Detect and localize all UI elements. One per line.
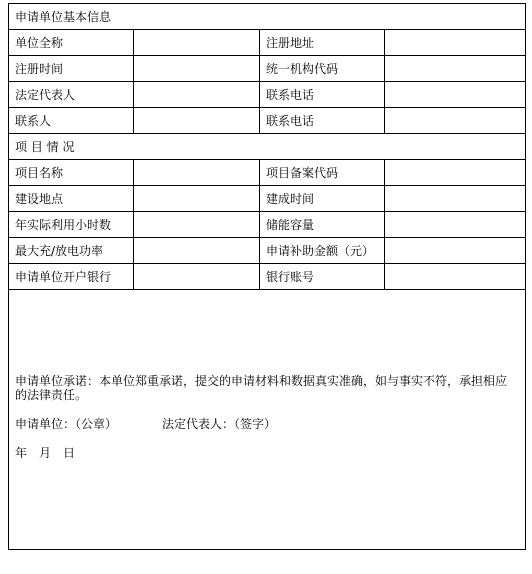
field-label: 法定代表人 [9,82,134,108]
field-label: 项目名称 [9,160,134,186]
section2-header-row: 项 目 情 况 [9,134,526,160]
field-value-cell[interactable] [385,108,526,134]
field-label: 申请补助金额（元） [260,238,385,264]
application-form-table: 申请单位基本信息 单位全称 注册地址 注册时间 统一机构代码 法定代表人 联系电… [8,3,526,550]
field-value-cell[interactable] [134,56,260,82]
field-value-cell[interactable] [385,212,526,238]
signature-line: 申请单位：（公章）法定代表人：（签字） [15,415,517,432]
table-row: 最大充/放电功率 申请补助金额（元） [9,238,526,264]
field-value-cell[interactable] [134,212,260,238]
field-value-cell[interactable] [385,238,526,264]
section2-header: 项 目 情 况 [9,134,526,160]
section1-header: 申请单位基本信息 [9,4,526,30]
field-label: 单位全称 [9,30,134,56]
field-value-cell[interactable] [134,160,260,186]
field-label: 年实际利用小时数 [9,212,134,238]
field-value-cell[interactable] [134,108,260,134]
field-label: 银行账号 [260,264,385,290]
field-value-cell[interactable] [385,160,526,186]
field-label: 建设地点 [9,186,134,212]
field-label: 建成时间 [260,186,385,212]
field-label: 注册时间 [9,56,134,82]
field-value-cell[interactable] [134,186,260,212]
commitment-row: 申请单位承诺：本单位郑重承诺，提交的申请材料和数据真实准确，如与事实不符，承担相… [9,290,526,550]
table-row: 单位全称 注册地址 [9,30,526,56]
commitment-cell: 申请单位承诺：本单位郑重承诺，提交的申请材料和数据真实准确，如与事实不符，承担相… [9,290,526,550]
table-row: 建设地点 建成时间 [9,186,526,212]
field-label: 联系电话 [260,82,385,108]
commitment-paragraph: 申请单位承诺：本单位郑重承诺，提交的申请材料和数据真实准确，如与事实不符，承担相… [15,374,517,402]
field-value-cell[interactable] [385,56,526,82]
table-row: 联系人 联系电话 [9,108,526,134]
table-row: 法定代表人 联系电话 [9,82,526,108]
table-row: 项目名称 项目备案代码 [9,160,526,186]
field-value-cell[interactable] [134,82,260,108]
field-label: 联系人 [9,108,134,134]
field-label: 最大充/放电功率 [9,238,134,264]
section1-header-row: 申请单位基本信息 [9,4,526,30]
field-label: 申请单位开户银行 [9,264,134,290]
field-label: 项目备案代码 [260,160,385,186]
field-value-cell[interactable] [385,186,526,212]
field-value-cell[interactable] [134,238,260,264]
field-value-cell[interactable] [385,82,526,108]
date-line: 年 月 日 [15,444,517,461]
field-label: 注册地址 [260,30,385,56]
field-value-cell[interactable] [134,30,260,56]
field-label: 联系电话 [260,108,385,134]
applicant-seal-label: 申请单位：（公章） [15,417,117,431]
field-label: 统一机构代码 [260,56,385,82]
table-row: 注册时间 统一机构代码 [9,56,526,82]
table-row: 申请单位开户银行 银行账号 [9,264,526,290]
field-value-cell[interactable] [385,264,526,290]
field-value-cell[interactable] [385,30,526,56]
field-value-cell[interactable] [134,264,260,290]
table-row: 年实际利用小时数 储能容量 [9,212,526,238]
form-page: 申请单位基本信息 单位全称 注册地址 注册时间 统一机构代码 法定代表人 联系电… [0,0,532,574]
field-label: 储能容量 [260,212,385,238]
representative-sign-label: 法定代表人：（签字） [162,417,276,431]
